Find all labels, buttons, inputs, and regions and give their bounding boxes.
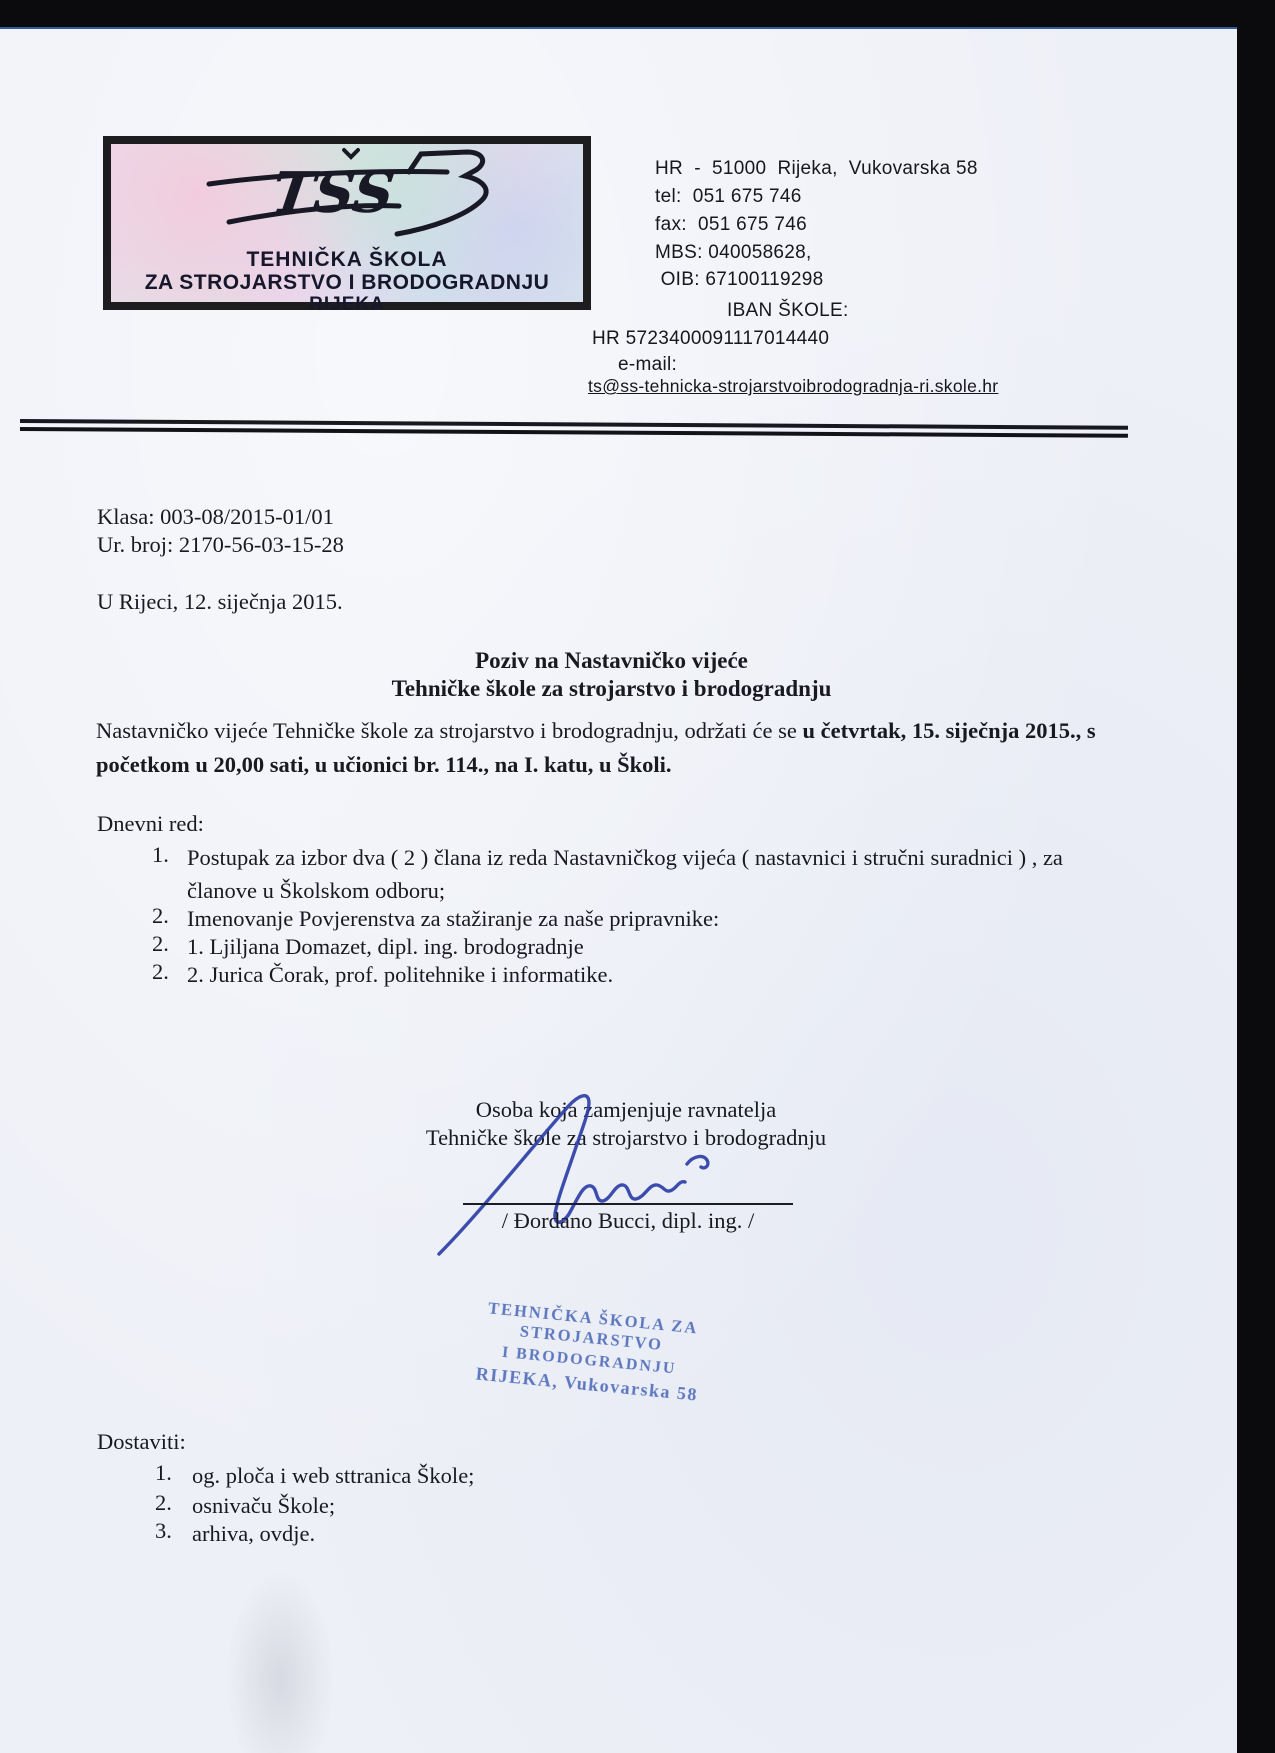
scan-smudge <box>225 1570 335 1753</box>
contact-tel: tel: 051 675 746 <box>655 186 802 208</box>
logo-school-subname: ZA STROJARSTVO I BRODOGRADNJU <box>105 271 589 295</box>
agenda-item: Postupak za izbor dva ( 2 ) člana iz red… <box>187 842 1132 907</box>
distribution-item: arhiva, ovdje. <box>192 1518 1092 1551</box>
place-date-line: U Rijeci, 12. siječnja 2015. <box>97 588 343 616</box>
email-link[interactable]: ts@ss-tehnicka-strojarstvoibrodogradnja-… <box>588 376 998 397</box>
contact-oib: OIB: 67100119298 <box>655 269 824 291</box>
school-stamp: TEHNIČKA ŠKOLA ZA STROJARSTVO I BRODOGRA… <box>415 1292 766 1412</box>
distribution-item-marker: 2. <box>155 1490 172 1516</box>
distribution-heading: Dostaviti: <box>97 1428 186 1456</box>
iban-label: IBAN ŠKOLE: <box>727 300 849 322</box>
contact-mbs: MBS: 040058628, <box>655 242 812 264</box>
scanned-letter-page: TSS TEHNIČKA ŠKOLA ZA STROJARSTVO I BROD… <box>0 0 1275 1753</box>
logo-city: RIJEKA <box>111 294 583 316</box>
intro-text-normal: Nastavničko vijeće Tehničke škole za str… <box>96 718 803 743</box>
scan-right-black-bar <box>1237 0 1275 1753</box>
email-label: e-mail: <box>618 354 677 376</box>
distribution-item: og. ploča i web sttranica Škole; <box>192 1460 1092 1493</box>
scan-top-black-bar <box>0 0 1275 29</box>
intro-paragraph: Nastavničko vijeće Tehničke škole za str… <box>96 714 1132 782</box>
agenda-heading: Dnevni red: <box>97 810 204 838</box>
contact-address: HR - 51000 Rijeka, Vukovarska 58 <box>655 158 978 180</box>
document-title-line1: Poziv na Nastavničko vijeće <box>95 648 1128 674</box>
agenda-item-marker: 1. <box>152 842 169 868</box>
klasa-line: Klasa: 003-08/2015-01/01 <box>97 503 334 531</box>
ur-broj-line: Ur. broj: 2170-56-03-15-28 <box>97 531 344 559</box>
distribution-item-marker: 3. <box>155 1518 172 1544</box>
logo-school-name: TEHNIČKA ŠKOLA <box>111 248 583 272</box>
agenda-item-marker: 2. <box>152 931 169 957</box>
distribution-item-marker: 1. <box>155 1460 172 1486</box>
signature-line <box>463 1203 793 1205</box>
agenda-item: 2. Jurica Čorak, prof. politehnike i inf… <box>187 959 1132 992</box>
tss-ship-logo-icon: TSS <box>201 146 521 246</box>
school-logo-box: TSS TEHNIČKA ŠKOLA ZA STROJARSTVO I BROD… <box>103 136 591 310</box>
svg-text:TSS: TSS <box>268 160 399 226</box>
iban-number: HR 5723400091117014440 <box>592 328 829 350</box>
document-title-line2: Tehničke škole za strojarstvo i brodogra… <box>95 676 1128 702</box>
signatory-name: / Đordano Bucci, dipl. ing. / <box>402 1208 854 1234</box>
contact-fax: fax: 051 675 746 <box>655 214 807 236</box>
agenda-item-marker: 2. <box>152 959 169 985</box>
header-divider-rule <box>20 419 1128 438</box>
agenda-item-marker: 2. <box>152 903 169 929</box>
